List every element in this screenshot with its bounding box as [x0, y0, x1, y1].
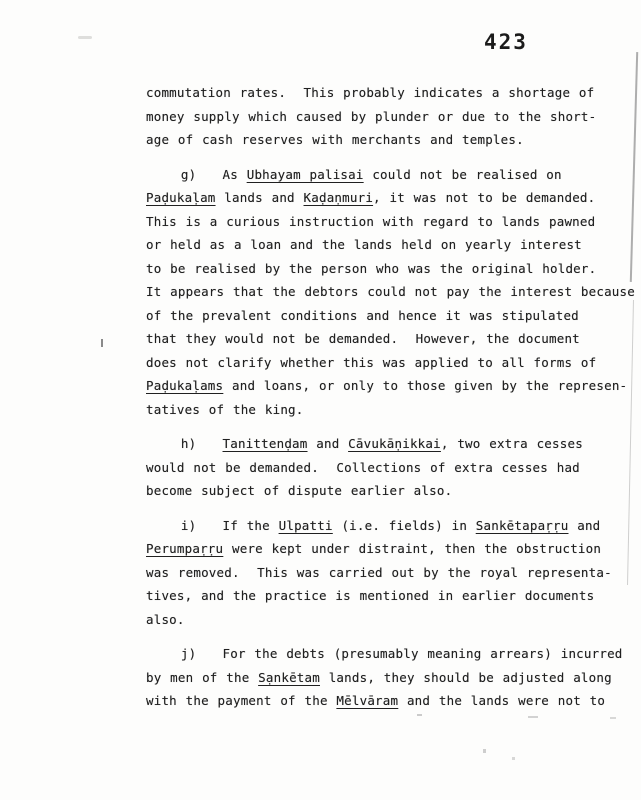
text-segment: and: [569, 518, 601, 533]
paragraph: commutation rates. This probably indicat…: [146, 81, 621, 152]
text-segment: could not be realised on: [364, 167, 562, 182]
text-segment: tatives of the king.: [146, 402, 304, 417]
paragraph: h) Tanittenḍam and Cāvukāṇikkai, two ext…: [146, 432, 621, 503]
text-line: with the payment of the Mēlvāram and the…: [146, 689, 621, 713]
text-line: tatives of the king.: [146, 398, 621, 422]
underlined-term: Tanittenḍam: [223, 436, 308, 451]
text-line: was removed. This was carried out by the…: [146, 561, 621, 585]
text-segment: , two extra cesses: [441, 436, 583, 451]
paragraph: j) For the debts (presumably meaning arr…: [146, 642, 621, 713]
text-segment: j) For the debts (presumably meaning arr…: [146, 646, 623, 661]
scan-artifact-smudge: [78, 36, 92, 39]
underlined-term: Mēlvāram: [336, 693, 398, 708]
text-segment: tives, and the practice is mentioned in …: [146, 588, 594, 603]
underlined-term: Cāvukāṇikkai: [348, 436, 441, 451]
text-segment: and the lands were not to: [398, 693, 605, 708]
text-line: also.: [146, 608, 621, 632]
text-line: that they would not be demanded. However…: [146, 327, 621, 351]
body-text: commutation rates. This probably indicat…: [146, 81, 621, 713]
text-segment: of the prevalent conditions and hence it…: [146, 308, 579, 323]
underlined-term: Sankētapaṛṛu: [476, 518, 569, 533]
text-segment: to be realised by the person who was the…: [146, 261, 596, 276]
page-number: 423: [484, 30, 528, 54]
text-segment: age of cash reserves with merchants and …: [146, 132, 524, 147]
scan-artifact-speck: [528, 716, 538, 718]
scan-artifact-speck: [512, 757, 515, 760]
text-line: or held as a loan and the lands held on …: [146, 233, 621, 257]
text-segment: g) As: [146, 167, 247, 182]
text-segment: commutation rates. This probably indicat…: [146, 85, 594, 100]
text-segment: does not clarify whether this was applie…: [146, 355, 596, 370]
text-segment: and loans, or only to those given by the…: [223, 378, 627, 393]
text-line: h) Tanittenḍam and Cāvukāṇikkai, two ext…: [146, 432, 621, 456]
scan-artifact-speck: [417, 714, 422, 716]
text-segment: h): [146, 436, 223, 451]
text-segment: It appears that the debtors could not pa…: [146, 284, 635, 299]
text-segment: money supply which caused by plunder or …: [146, 109, 596, 124]
text-segment: with the payment of the: [146, 693, 336, 708]
text-line: Perumpaṛṛu were kept under distraint, th…: [146, 537, 621, 561]
text-segment: was removed. This was carried out by the…: [146, 565, 612, 580]
underlined-term: Paḍukaḷam: [146, 190, 216, 205]
text-line: to be realised by the person who was the…: [146, 257, 621, 281]
text-segment: by men of the: [146, 670, 258, 685]
text-segment: This is a curious instruction with regar…: [146, 214, 595, 229]
scan-artifact-right-edge-line-lower: [627, 300, 634, 585]
text-line: j) For the debts (presumably meaning arr…: [146, 642, 621, 666]
text-line: This is a curious instruction with regar…: [146, 210, 621, 234]
text-segment: also.: [146, 612, 185, 627]
scan-artifact-speck: [483, 749, 486, 753]
underlined-term: Paḍukaḷams: [146, 378, 223, 393]
text-line: i) If the Ulpatti (i.e. fields) in Sankē…: [146, 514, 621, 538]
underlined-term: Ulpatti: [279, 518, 333, 533]
scan-artifact-speck: [610, 717, 616, 719]
text-line: Paḍukaḷams and loans, or only to those g…: [146, 374, 621, 398]
text-line: of the prevalent conditions and hence it…: [146, 304, 621, 328]
underlined-term: Perumpaṛṛu: [146, 541, 223, 556]
text-line: age of cash reserves with merchants and …: [146, 128, 621, 152]
text-segment: would not be demanded. Collections of ex…: [146, 460, 580, 475]
text-line: g) As Ubhayam palisai could not be reali…: [146, 163, 621, 187]
text-segment: lands and: [216, 190, 304, 205]
text-line: Paḍukaḷam lands and Kaḍaṇmuri, it was no…: [146, 186, 621, 210]
text-line: does not clarify whether this was applie…: [146, 351, 621, 375]
text-segment: become subject of dispute earlier also.: [146, 483, 452, 498]
text-line: It appears that the debtors could not pa…: [146, 280, 621, 304]
underlined-term: Kaḍaṇmuri: [304, 190, 374, 205]
paragraph: i) If the Ulpatti (i.e. fields) in Sankē…: [146, 514, 621, 632]
underlined-term: Ubhayam palisai: [247, 167, 364, 182]
text-line: money supply which caused by plunder or …: [146, 105, 621, 129]
text-segment: lands, they should be adjusted along: [320, 670, 612, 685]
text-segment: that they would not be demanded. However…: [146, 331, 580, 346]
text-segment: and: [308, 436, 349, 451]
text-line: commutation rates. This probably indicat…: [146, 81, 621, 105]
text-segment: i) If the: [146, 518, 279, 533]
text-line: would not be demanded. Collections of ex…: [146, 456, 621, 480]
text-segment: or held as a loan and the lands held on …: [146, 237, 582, 252]
text-line: become subject of dispute earlier also.: [146, 479, 621, 503]
scan-artifact-right-edge-line-upper: [630, 52, 638, 282]
text-segment: , it was not to be demanded.: [373, 190, 595, 205]
text-segment: were kept under distraint, then the obst…: [223, 541, 601, 556]
scan-artifact-left-tick: [101, 339, 103, 347]
text-line: tives, and the practice is mentioned in …: [146, 584, 621, 608]
text-segment: (i.e. fields) in: [333, 518, 476, 533]
document-page: 423 commutation rates. This probably ind…: [0, 0, 641, 800]
text-line: by men of the Sạnkētam lands, they shoul…: [146, 666, 621, 690]
paragraph: g) As Ubhayam palisai could not be reali…: [146, 163, 621, 422]
underlined-term: Sạnkētam: [258, 670, 320, 685]
